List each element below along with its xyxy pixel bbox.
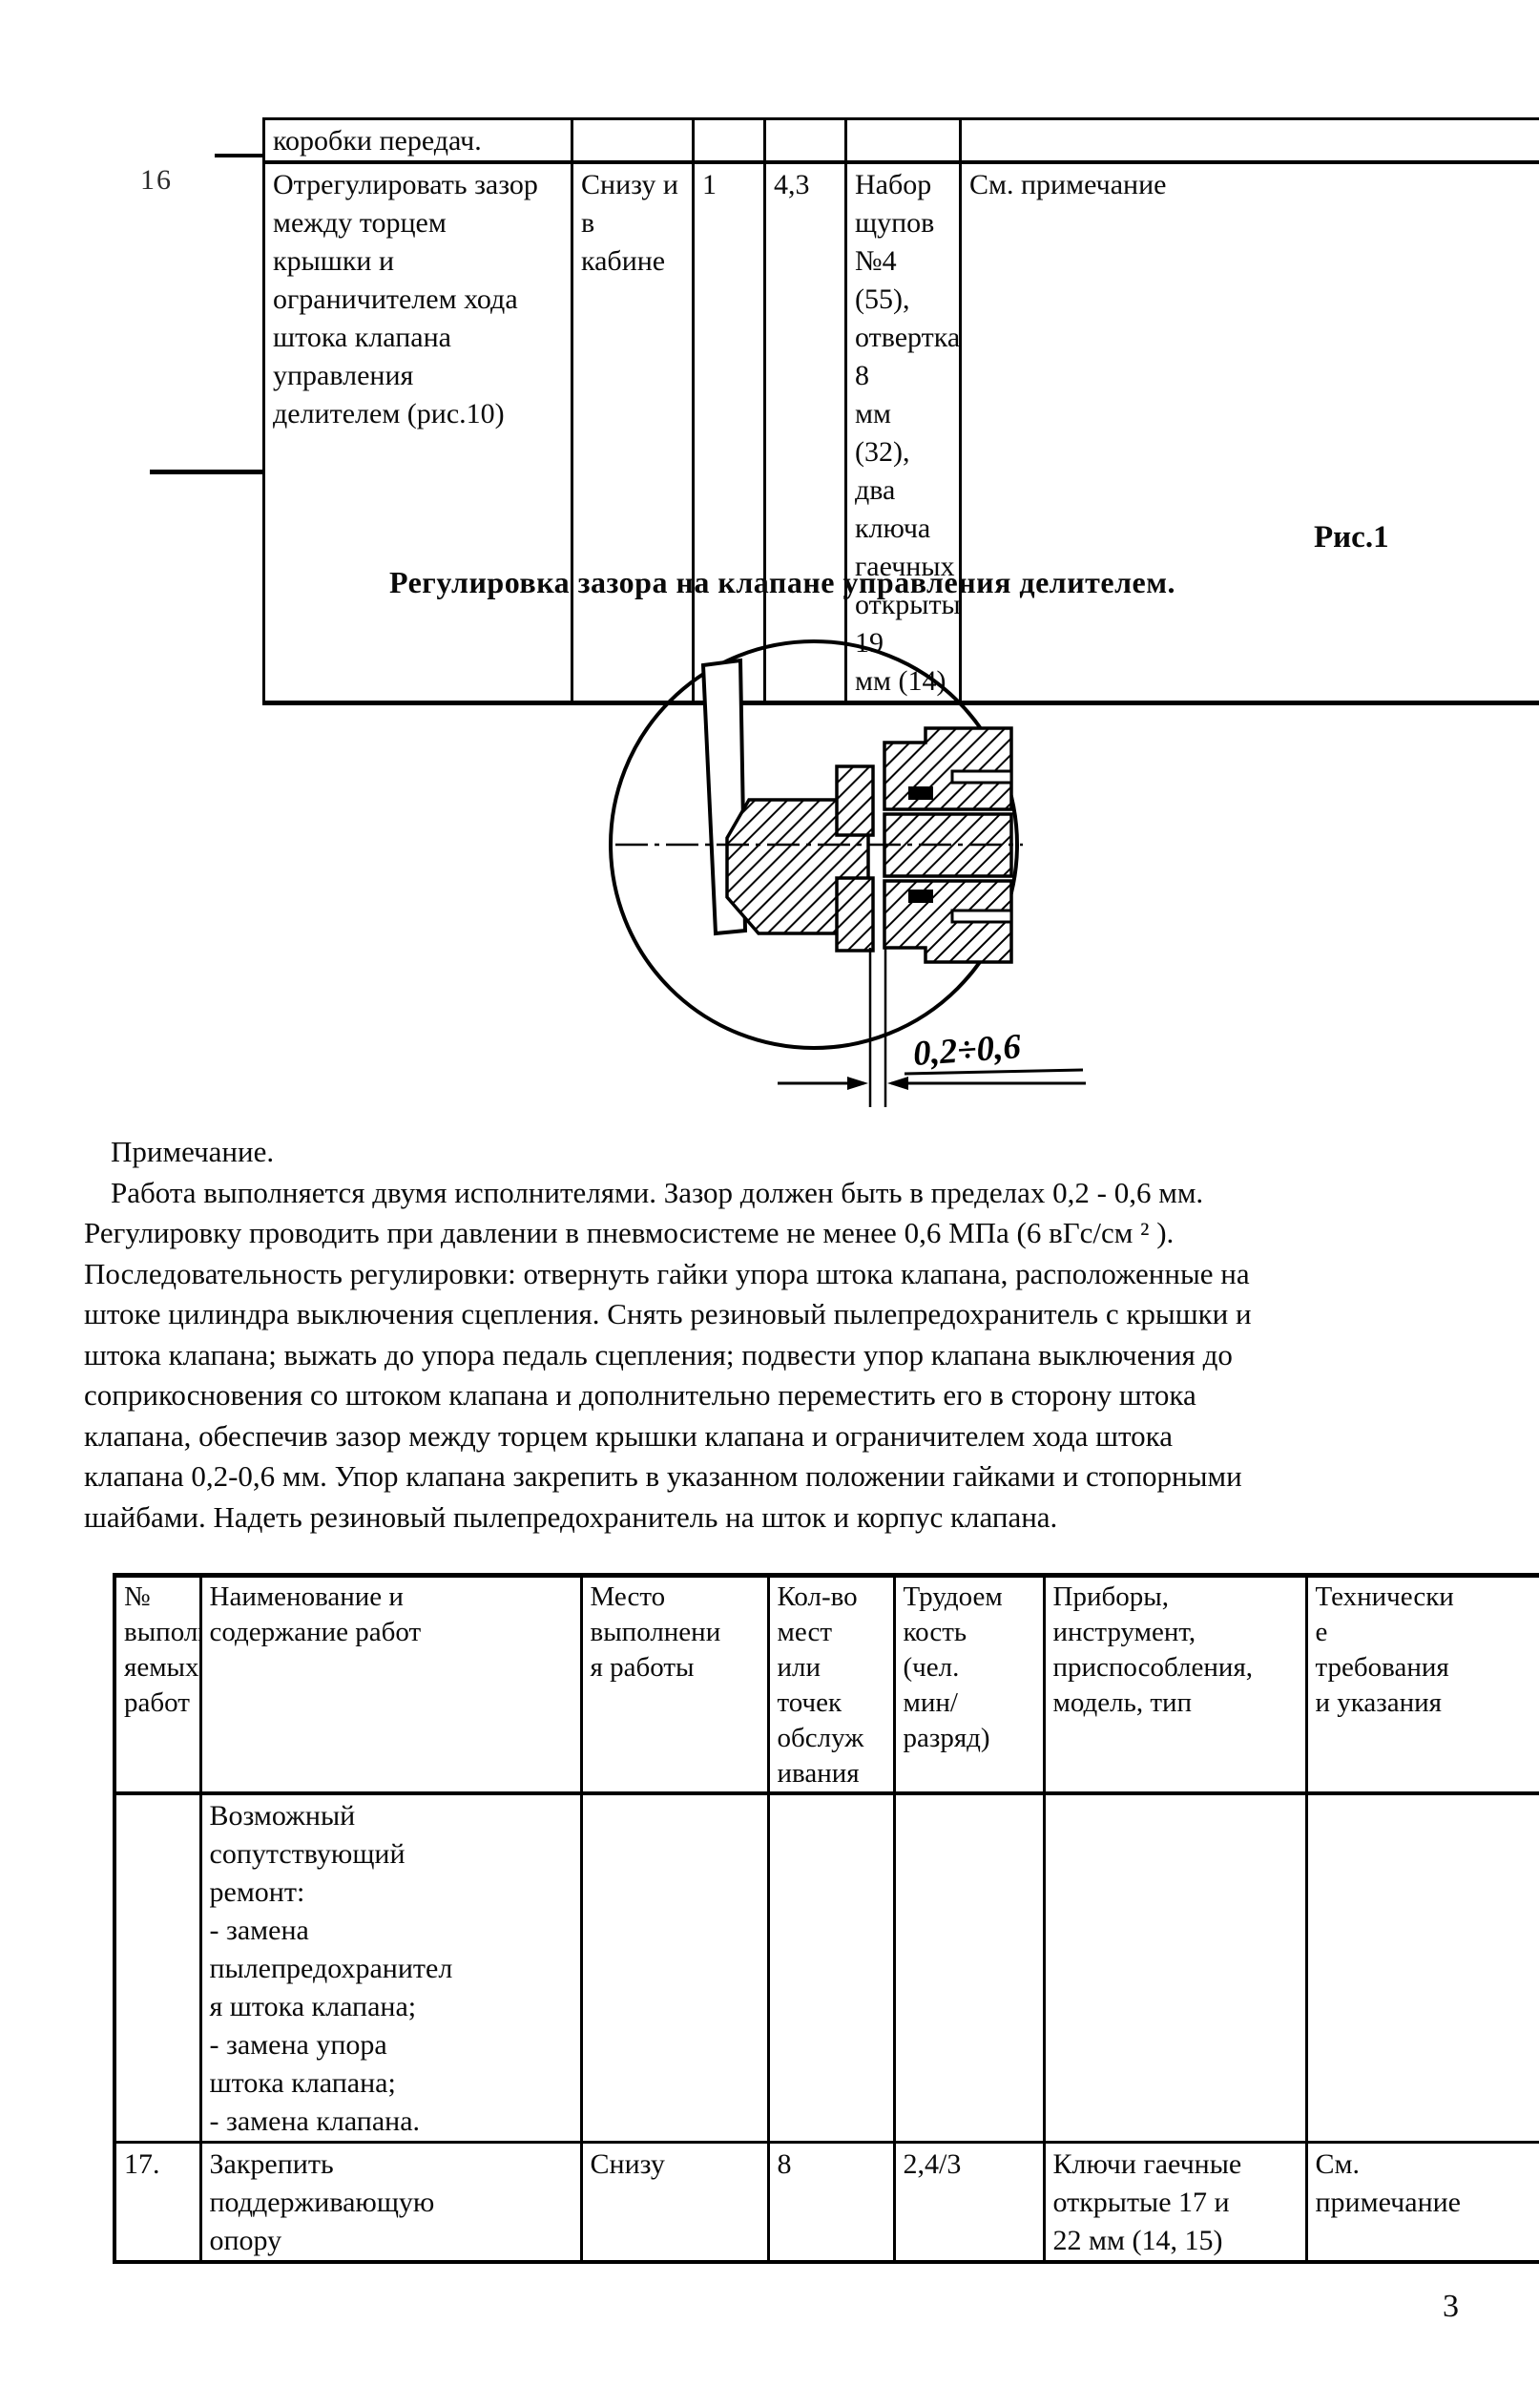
lower-lock-washer [908, 890, 933, 903]
table-row: коробки передач. [264, 119, 1539, 163]
header-labor: Трудоем кость (чел. мин/ разряд) [894, 1576, 1044, 1794]
empty-cell [765, 119, 846, 163]
row-tools-cell: Ключи гаечные открытые 17 и 22 мм (14, 1… [1044, 2143, 1306, 2263]
header-qty: Кол-во мест или точек обслуж ивания [768, 1576, 894, 1794]
empty-cell [961, 119, 1539, 163]
figure-caption: Регулировка зазора на клапане управления… [229, 565, 1336, 600]
table-row: Возможный сопутствующий ремонт: - замена… [114, 1793, 1539, 2143]
note-line: Работа выполняется двумя исполнителями. … [84, 1173, 1508, 1214]
upper-nut-section [837, 766, 873, 835]
note-line: Регулировку проводить при давлении в пне… [84, 1213, 1508, 1254]
row-qty-cell: 8 [768, 2143, 894, 2263]
row-labor-cell: 2,4/3 [894, 2143, 1044, 2263]
page-number: 3 [1443, 2289, 1459, 2325]
note-heading: Примечание. [84, 1132, 1508, 1173]
work-desc-cell: Отрегулировать зазор между торцем крышки… [264, 162, 572, 703]
scanned-document-page: { "page_number": "3", "top_table": { "ro… [0, 0, 1539, 2408]
note-line: штока клапана; выжать до упора педаль сц… [84, 1335, 1508, 1376]
main-table: № выполн яемых работ Наименование и соде… [113, 1573, 1539, 2264]
carryover-desc-cell: коробки передач. [264, 119, 572, 163]
header-num: № выполн яемых работ [114, 1576, 200, 1794]
dimension-arrow-left [887, 1077, 908, 1090]
row-desc-cell: Закрепить поддерживающую опору [200, 2143, 581, 2263]
row-place-cell: Снизу [581, 2143, 768, 2263]
note-line: шайбами. Надеть резиновый пылепредохрани… [84, 1497, 1508, 1539]
top-table: коробки передач. Отрегулировать зазор ме… [262, 117, 1539, 705]
row-tools-cell [1044, 1793, 1306, 2143]
scan-ruling-stub-top [215, 154, 262, 157]
lower-slot [952, 911, 1011, 922]
table-header-row: № выполн яемых работ Наименование и соде… [114, 1576, 1539, 1794]
row-num-cell: 17. [114, 2143, 200, 2263]
note-line: Последовательность регулировки: отвернут… [84, 1254, 1508, 1295]
dimension-arrow-right [847, 1077, 868, 1090]
header-desc: Наименование и содержание работ [200, 1576, 581, 1794]
empty-cell [694, 119, 765, 163]
row-tech-cell [1306, 1793, 1539, 2143]
row-desc-cell: Возможный сопутствующий ремонт: - замена… [200, 1793, 581, 2143]
note-line: клапана, обеспечив зазор между торцем кр… [84, 1416, 1508, 1457]
valve-clearance-drawing: 0,2÷0,6 [563, 618, 1107, 1134]
header-tech: Технически е требования и указания [1306, 1576, 1539, 1794]
upper-lock-washer [908, 786, 933, 800]
upper-slot [952, 771, 1011, 783]
top-table-row-number: 16 [140, 164, 173, 197]
empty-cell [846, 119, 961, 163]
row-num-cell [114, 1793, 200, 2143]
clearance-dimension-text: 0,2÷0,6 [912, 1027, 1023, 1074]
note-line: соприкосновения со штоком клапана и допо… [84, 1375, 1508, 1416]
lower-nut-section [837, 878, 873, 951]
row-tech-cell: См. примечание [1306, 2143, 1539, 2263]
note-line: штоке цилиндра выключения сцепления. Сня… [84, 1294, 1508, 1335]
figure-label: Рис.1 [1314, 520, 1389, 555]
note-block: Примечание. Работа выполняется двумя исп… [84, 1132, 1508, 1538]
row-qty-cell [768, 1793, 894, 2143]
header-place: Место выполнени я работы [581, 1576, 768, 1794]
header-tools: Приборы, инструмент, приспособления, мод… [1044, 1576, 1306, 1794]
row-place-cell [581, 1793, 768, 2143]
note-line: клапана 0,2-0,6 мм. Упор клапана закрепи… [84, 1456, 1508, 1497]
valve-cover-upper-section [884, 728, 1011, 809]
table-row: 17. Закрепить поддерживающую опору Снизу… [114, 2143, 1539, 2263]
row-labor-cell [894, 1793, 1044, 2143]
scan-ruling-stub-bottom [150, 470, 262, 474]
empty-cell [572, 119, 694, 163]
